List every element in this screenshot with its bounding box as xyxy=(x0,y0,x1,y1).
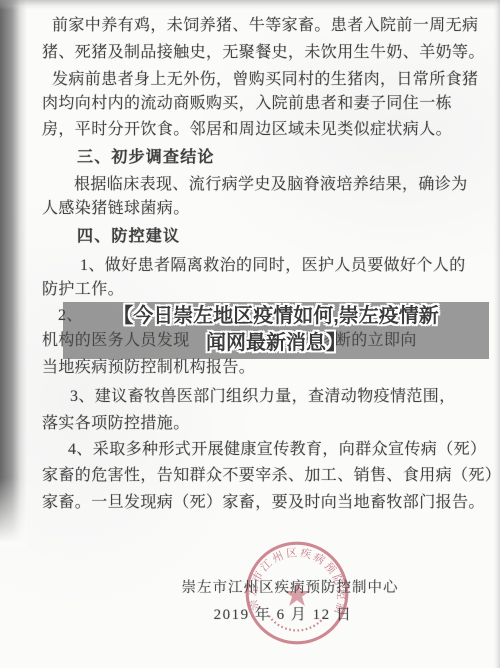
photo-right-edge-shadow xyxy=(493,0,500,668)
doc-line: 根据临床表现、流行病学史及脑脊液培养结果，确诊为 xyxy=(74,175,468,194)
issue-date: 2019 年 6 月 12 日 xyxy=(133,603,433,624)
doc-line: 前家中养有鸡，未饲养猪、牛等家畜。患者入院前一周无病 xyxy=(52,16,478,35)
doc-line: 3、建议畜牧兽医部门组织力量，查清动物疫情范围， xyxy=(70,387,456,406)
photo-left-edge-shadow xyxy=(0,0,27,548)
doc-line: 房，平时分开饮食。邻居和周边区域未见类似症状病人。 xyxy=(42,120,452,139)
doc-line: 4、采取多种形式开展健康宣传教育，向群众宣传病（死） xyxy=(68,440,486,459)
doc-line: 当地疾病预防控制机构报告。 xyxy=(42,358,255,377)
caption-line-1: 【今日崇左地区疫情如何,崇左疫情新 xyxy=(63,303,489,330)
doc-line: 落实各项防控措施。 xyxy=(42,414,190,433)
doc-section-heading: 四、防控建议 xyxy=(77,227,180,246)
doc-line: 发病前患者身上无外伤，曾购买同村的生猪肉，日常所食猪 xyxy=(52,70,478,89)
doc-line: 人感染猪链球菌病。 xyxy=(42,199,190,218)
caption-line-2: 闻网最新消息】 xyxy=(63,330,489,357)
issuer-name: 崇左市江州区疾病预防控制中心 xyxy=(140,576,440,597)
doc-line: 家畜。一旦发现病（死）家畜，要及时向当地畜牧部门报告。 xyxy=(42,493,485,512)
doc-line: 1、做好患者隔离救治的同时，医护人员要做好个人的 xyxy=(80,256,466,275)
doc-line: 家畜的危害性，告知群众不要宰杀、加工、销售、食用病（死） xyxy=(42,466,500,485)
photo-top-edge-shadow xyxy=(0,0,500,10)
doc-line: 防护工作。 xyxy=(42,280,124,299)
doc-section-heading: 三、初步调查结论 xyxy=(77,148,215,167)
doc-line: 猪、死猪及制品接触史，无聚餐史，未饮用生牛奶、羊奶等。 xyxy=(42,43,485,62)
doc-line: 肉均向村内的流动商贩购买，入院前患者和妻子同住一栋 xyxy=(42,94,452,113)
scanned-document-photo: 前家中养有鸡，未饲养猪、牛等家畜。患者入院前一周无病 猪、死猪及制品接触史，无聚… xyxy=(0,0,500,668)
caption-text: 【今日崇左地区疫情如何,崇左疫情新 闻网最新消息】 xyxy=(63,303,489,359)
